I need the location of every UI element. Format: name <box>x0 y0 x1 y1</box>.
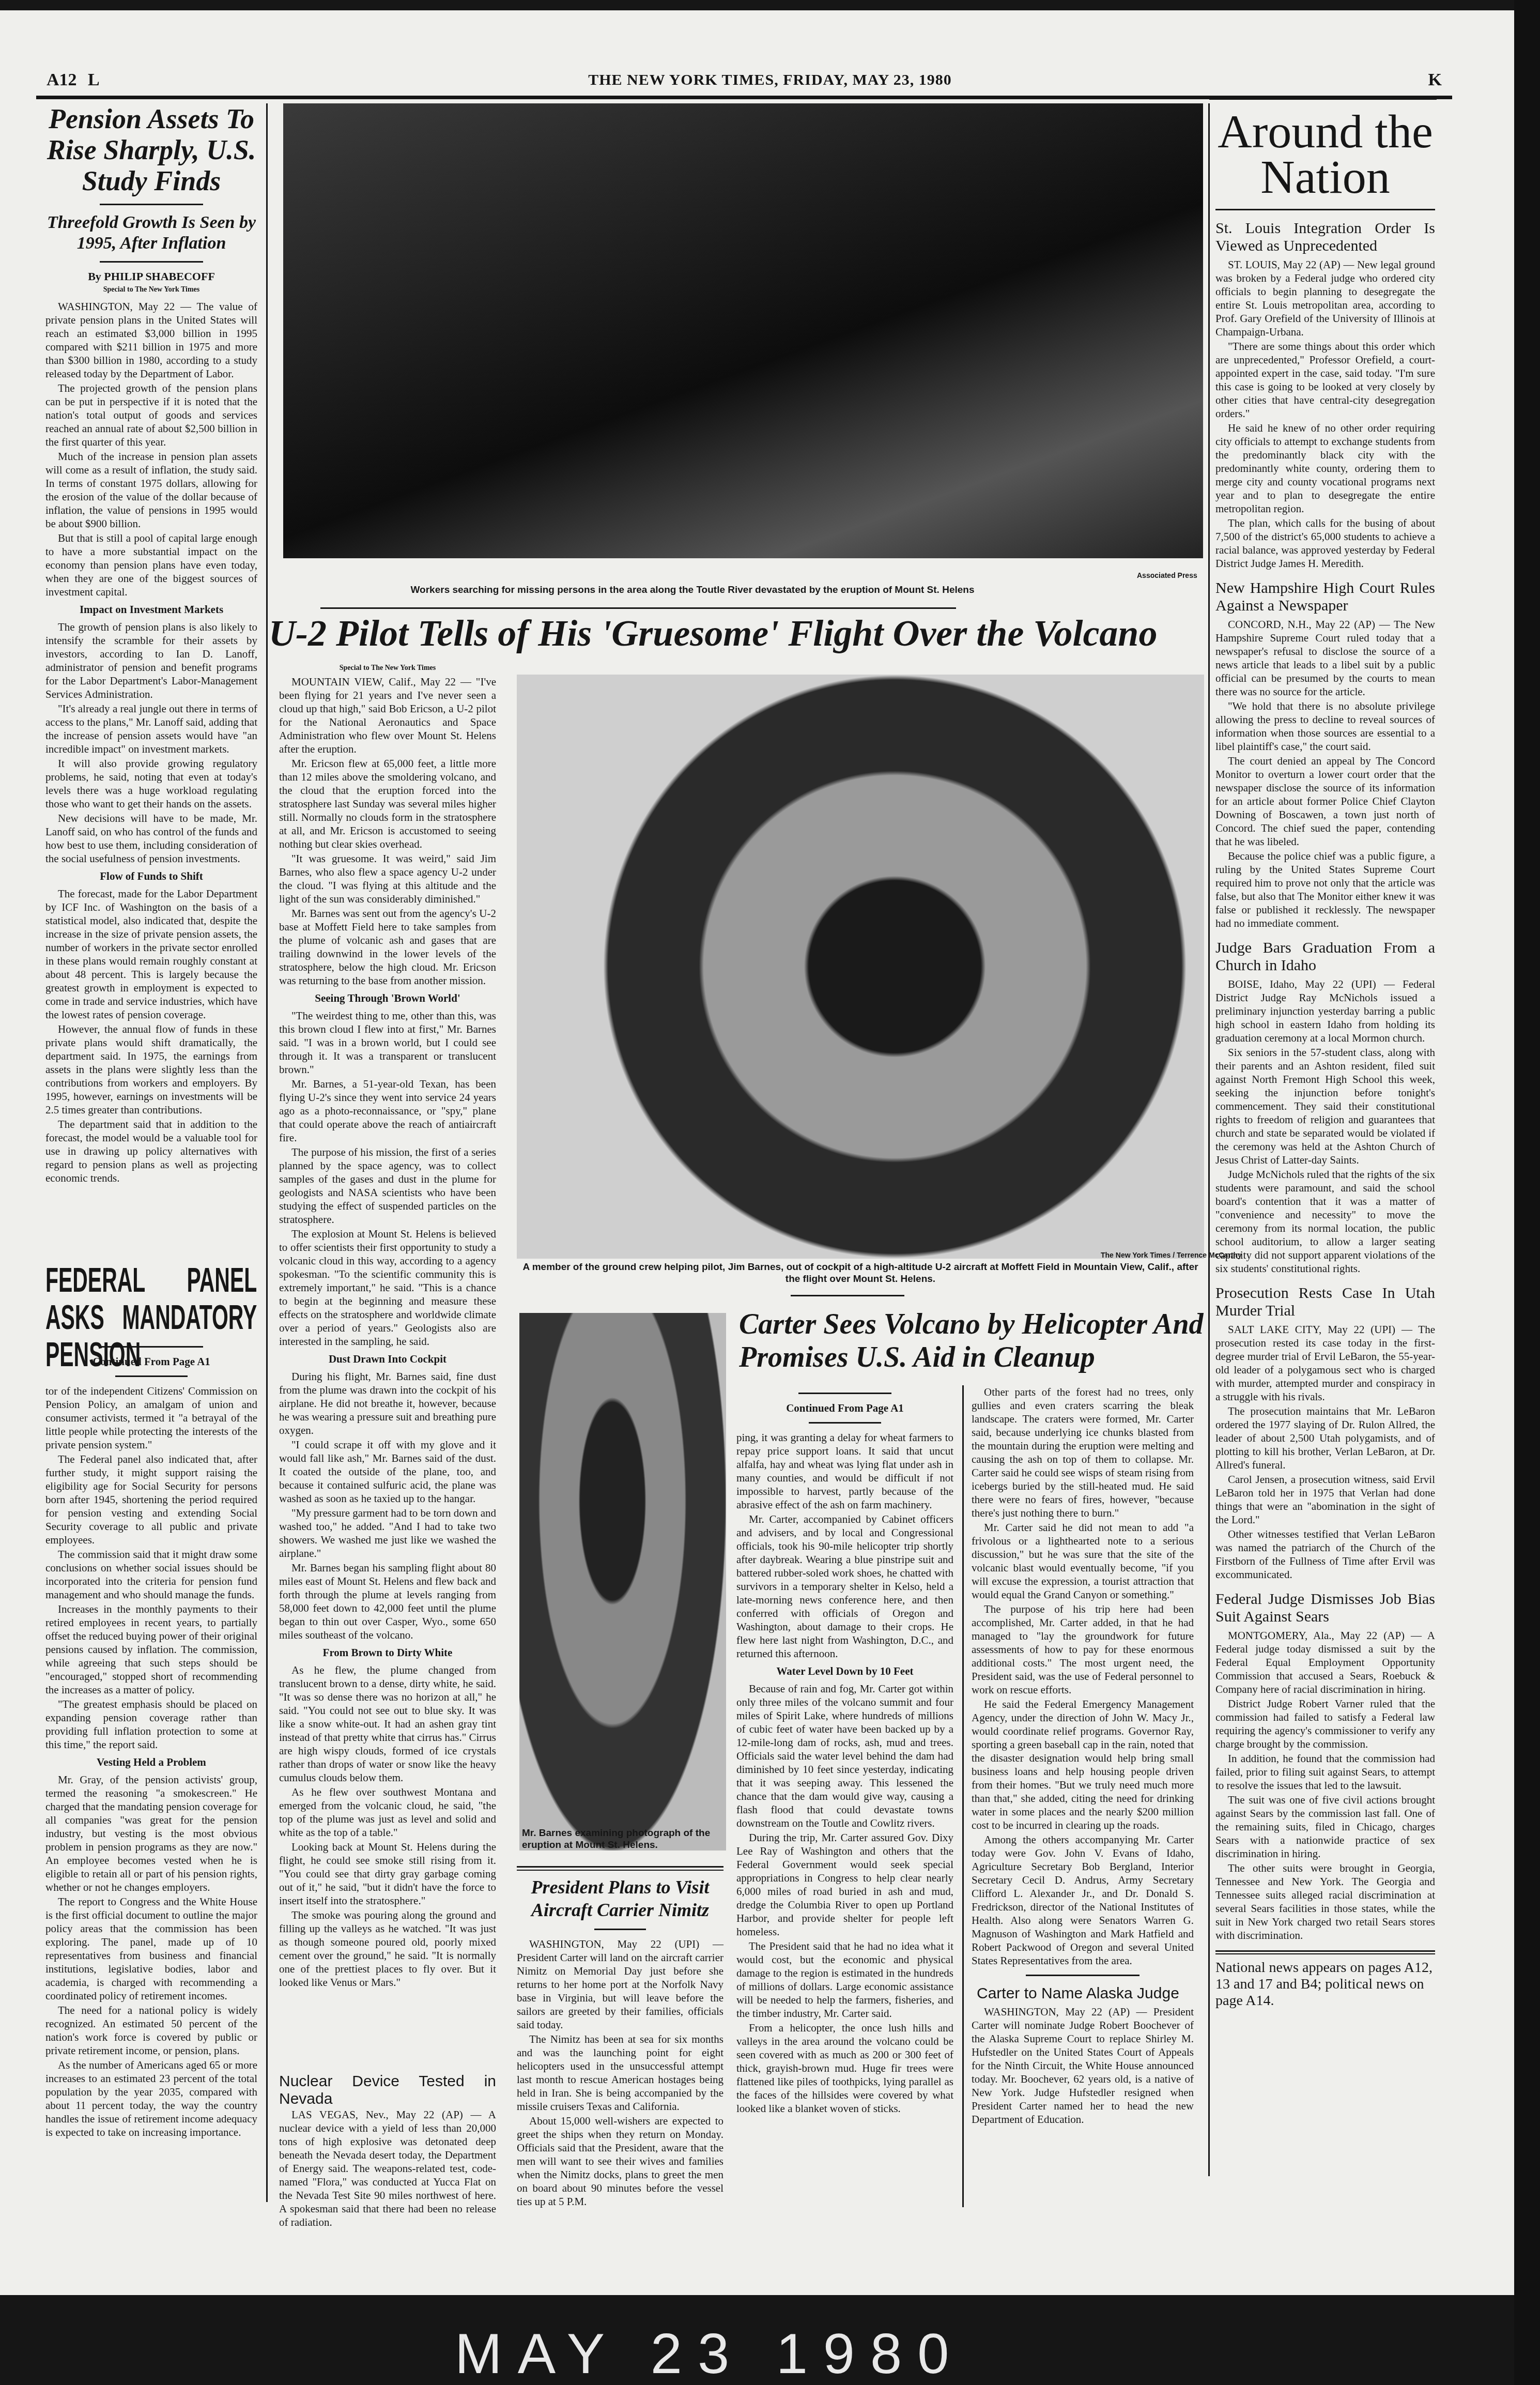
paragraph: Carol Jensen, a prosecution witness, sai… <box>1215 1473 1435 1526</box>
paragraph: As he flew over southwest Montana and em… <box>279 1785 496 1839</box>
subhead: Dust Drawn Into Cockpit <box>279 1352 496 1366</box>
nimitz-article: President Plans to Visit Aircraft Carrie… <box>517 1866 723 2209</box>
folio-line: A12 L THE NEW YORK TIMES, FRIDAY, MAY 23… <box>47 67 1442 93</box>
paragraph: The need for a national policy is widely… <box>45 2004 257 2057</box>
paragraph: SALT LAKE CITY, May 22 (UPI) — The prose… <box>1215 1323 1435 1403</box>
paragraph: Among the others accompanying Mr. Carter… <box>972 1833 1194 1967</box>
column-rule <box>1208 103 1210 2176</box>
u2-cockpit-photo <box>517 675 1204 1259</box>
paragraph: ping, it was granting a delay for wheat … <box>736 1431 953 1511</box>
paragraph: During his flight, Mr. Barnes said, fine… <box>279 1370 496 1437</box>
paragraph: "My pressure garment had to be torn down… <box>279 1506 496 1560</box>
divider <box>798 1393 891 1394</box>
paragraph: Mr. Barnes, a 51-year-old Texan, has bee… <box>279 1077 496 1144</box>
divider <box>1215 1953 1435 1954</box>
u2-credit: Special to The New York Times <box>279 662 496 675</box>
paragraph: CONCORD, N.H., May 22 (AP) — The New Ham… <box>1215 618 1435 698</box>
sidebar-top-rule <box>1209 96 1437 100</box>
paragraph: The purpose of his trip here had been ac… <box>972 1602 1194 1696</box>
pension-article: Pension Assets To Rise Sharply, U.S. Stu… <box>45 103 257 1186</box>
divider <box>320 607 956 609</box>
u2-article: Special to The New York Times MOUNTAIN V… <box>279 662 496 1990</box>
nuclear-article: Nuclear Device Tested in Nevada LAS VEGA… <box>279 2073 496 2230</box>
paragraph: But that is still a pool of capital larg… <box>45 531 257 599</box>
continued-from: Continued From Page A1 <box>736 1401 953 1415</box>
photo-caption: Workers searching for missing persons in… <box>331 584 1054 596</box>
paragraph: WASHINGTON, May 22 — The value of privat… <box>45 300 257 380</box>
paragraph: "We hold that there is no absolute privi… <box>1215 699 1435 753</box>
photo-credit: Associated Press <box>1137 571 1197 579</box>
national-news-index: National news appears on pages A12, 13 a… <box>1215 1960 1435 2009</box>
paragraph: The Federal panel also indicated that, a… <box>45 1453 257 1547</box>
subhead: Vesting Held a Problem <box>45 1755 257 1769</box>
subhead: Impact on Investment Markets <box>45 603 257 616</box>
brief-headline: New Hampshire High Court Rules Against a… <box>1215 579 1435 615</box>
paragraph: The Nimitz has been at sea for six month… <box>517 2032 723 2113</box>
paragraph: The plan, which calls for the busing of … <box>1215 516 1435 570</box>
paragraph: The department said that in addition to … <box>45 1118 257 1185</box>
paragraph: The President said that he had no idea w… <box>736 1939 953 2020</box>
column-rule <box>266 103 268 2202</box>
paragraph: "The weirdest thing to me, other than th… <box>279 1009 496 1076</box>
paragraph: "It was gruesome. It was weird," said Ji… <box>279 852 496 906</box>
paragraph: New decisions will have to be made, Mr. … <box>45 812 257 865</box>
paragraph: Six seniors in the 57-student class, alo… <box>1215 1046 1435 1167</box>
film-edge <box>1514 0 1540 2385</box>
brief-headline: St. Louis Integration Order Is Viewed as… <box>1215 220 1435 255</box>
paragraph: Mr. Barnes began his sampling flight abo… <box>279 1561 496 1642</box>
paragraph: Other parts of the forest had no trees, … <box>972 1385 1194 1520</box>
paragraph: As he flew, the plume changed from trans… <box>279 1663 496 1784</box>
paragraph: The report to Congress and the White Hou… <box>45 1895 257 2002</box>
subhead: Flow of Funds to Shift <box>45 869 257 883</box>
federal-panel-headline-wrap: FEDERAL PANEL ASKS MANDATORY PENSION <box>45 1261 257 1339</box>
paragraph: Much of the increase in pension plan ass… <box>45 450 257 530</box>
paragraph: "It's already a real jungle out there in… <box>45 702 257 756</box>
paragraph: LAS VEGAS, Nev., May 22 (AP) — A nuclear… <box>279 2108 496 2229</box>
page-number: A12 <box>47 70 88 90</box>
u2-headline: U-2 Pilot Tells of His 'Gruesome' Flight… <box>269 613 1204 654</box>
nimitz-headline: President Plans to Visit Aircraft Carrie… <box>517 1876 723 1921</box>
paragraph: BOISE, Idaho, May 22 (UPI) — Federal Dis… <box>1215 977 1435 1045</box>
paragraph: The projected growth of the pension plan… <box>45 381 257 449</box>
paragraph: Because of rain and fog, Mr. Carter got … <box>736 1682 953 1830</box>
around-nation-sidebar: Around the Nation St. Louis Integration … <box>1215 109 1435 2009</box>
federal-panel-headline: FEDERAL PANEL ASKS MANDATORY PENSION <box>45 1261 257 1373</box>
carter-volcano-col1: Continued From Page A1 ping, it was gran… <box>736 1385 953 2116</box>
around-nation-title: Around the Nation <box>1215 109 1435 200</box>
divider <box>115 1375 188 1377</box>
paragraph: Mr. Carter said he did not mean to add "… <box>972 1521 1194 1601</box>
pension-headline: Pension Assets To Rise Sharply, U.S. Stu… <box>45 103 257 196</box>
divider <box>809 1422 881 1424</box>
divider <box>1026 1975 1139 1976</box>
divider <box>100 261 203 263</box>
microfilm-date-stamp: MAY 23 1980 <box>455 2321 964 2385</box>
brief-headline: Federal Judge Dismisses Job Bias Suit Ag… <box>1215 1591 1435 1626</box>
subhead: From Brown to Dirty White <box>279 1646 496 1659</box>
paragraph: The forecast, made for the Labor Departm… <box>45 887 257 1021</box>
divider <box>594 1929 646 1930</box>
nuclear-headline: Nuclear Device Tested in Nevada <box>279 2073 496 2108</box>
federal-panel-article: FEDERAL PANEL ASKS MANDATORY PENSION Con… <box>45 1261 257 2140</box>
divider <box>1215 209 1435 210</box>
paragraph: WASHINGTON, May 22 (UPI) — President Car… <box>517 1937 723 2031</box>
barnes-photo <box>519 1313 726 1851</box>
paragraph: "The greatest emphasis should be placed … <box>45 1698 257 1751</box>
paragraph: The growth of pension plans is also like… <box>45 620 257 701</box>
paragraph: tor of the independent Citizens' Commiss… <box>45 1384 257 1451</box>
paragraph: Other witnesses testified that Verlan Le… <box>1215 1527 1435 1581</box>
paragraph: Mr. Carter, accompanied by Cabinet offic… <box>736 1512 953 1660</box>
paragraph: WASHINGTON, May 22 (AP) — President Cart… <box>972 2005 1194 2126</box>
paragraph: The court denied an appeal by The Concor… <box>1215 754 1435 848</box>
paragraph: Judge McNichols ruled that the rights of… <box>1215 1168 1435 1275</box>
paragraph: The purpose of his mission, the first of… <box>279 1145 496 1226</box>
divider <box>100 204 203 205</box>
paragraph: ST. LOUIS, May 22 (AP) — New legal groun… <box>1215 258 1435 339</box>
paragraph: The suit was one of five civil actions b… <box>1215 1793 1435 1860</box>
paragraph: About 15,000 well-wishers are expected t… <box>517 2114 723 2208</box>
paragraph: Mr. Gray, of the pension activists' grou… <box>45 1773 257 1894</box>
paragraph: As the number of Americans aged 65 or mo… <box>45 2058 257 2139</box>
paragraph: District Judge Robert Varner ruled that … <box>1215 1697 1435 1751</box>
pension-credit: Special to The New York Times <box>45 283 257 297</box>
paragraph: In addition, he found that the commissio… <box>1215 1752 1435 1792</box>
brief-headline: Judge Bars Graduation From a Church in I… <box>1215 939 1435 974</box>
paragraph: "I could scrape it off with my glove and… <box>279 1438 496 1505</box>
photo-caption: A member of the ground crew helping pilo… <box>517 1261 1204 1285</box>
pension-deck: Threefold Growth Is Seen by 1995, After … <box>45 212 257 254</box>
photo-caption: Mr. Barnes examining photograph of the e… <box>522 1827 723 1851</box>
paragraph: Mr. Ericson flew at 65,000 feet, a littl… <box>279 757 496 851</box>
brief-headline: Prosecution Rests Case In Utah Murder Tr… <box>1215 1285 1435 1320</box>
paragraph: Looking back at Mount St. Helens during … <box>279 1840 496 1907</box>
volcano-search-photo <box>283 103 1203 558</box>
paragraph: The smoke was pouring along the ground a… <box>279 1908 496 1989</box>
subhead: Water Level Down by 10 Feet <box>736 1664 953 1678</box>
paragraph: He said the Federal Emergency Management… <box>972 1698 1194 1832</box>
edition-letter: L <box>88 70 119 90</box>
paragraph: He said he knew of no other order requir… <box>1215 421 1435 515</box>
paragraph: The explosion at Mount St. Helens is bel… <box>279 1227 496 1348</box>
paragraph: MOUNTAIN VIEW, Calif., May 22 — "I've be… <box>279 675 496 756</box>
divider <box>517 1870 723 1871</box>
paragraph: Mr. Barnes was sent out from the agency'… <box>279 907 496 987</box>
paragraph: The prosecution maintains that Mr. LeBar… <box>1215 1404 1435 1472</box>
paragraph: The other suits were brought in Georgia,… <box>1215 1861 1435 1942</box>
carter-volcano-col2: Other parts of the forest had no trees, … <box>972 1385 1194 2127</box>
column-rule <box>962 1385 964 2207</box>
pension-byline: By PHILIP SHABECOFF <box>45 270 257 283</box>
paragraph: It will also provide growing regulatory … <box>45 757 257 811</box>
masthead-dateline: THE NEW YORK TIMES, FRIDAY, MAY 23, 1980 <box>119 71 1421 89</box>
paragraph: Because the police chief was a public fi… <box>1215 849 1435 930</box>
paragraph: "There are some things about this order … <box>1215 340 1435 420</box>
paragraph: From a helicopter, the once lush hills a… <box>736 2021 953 2115</box>
paragraph: However, the annual flow of funds in the… <box>45 1022 257 1117</box>
paragraph: The commission said that it might draw s… <box>45 1548 257 1601</box>
divider <box>791 1295 904 1296</box>
paragraph: MONTGOMERY, Ala., May 22 (AP) — A Federa… <box>1215 1629 1435 1696</box>
paragraph: During the trip, Mr. Carter assured Gov.… <box>736 1831 953 1938</box>
zone-letter: K <box>1421 70 1442 90</box>
divider <box>1215 1950 1435 1952</box>
divider <box>517 1866 723 1868</box>
paragraph: Increases in the monthly payments to the… <box>45 1602 257 1696</box>
subhead: Seeing Through 'Brown World' <box>279 991 496 1005</box>
alaska-judge-headline: Carter to Name Alaska Judge <box>977 1984 1194 2003</box>
carter-volcano-headline: Carter Sees Volcano by Helicopter And Pr… <box>739 1308 1204 1374</box>
